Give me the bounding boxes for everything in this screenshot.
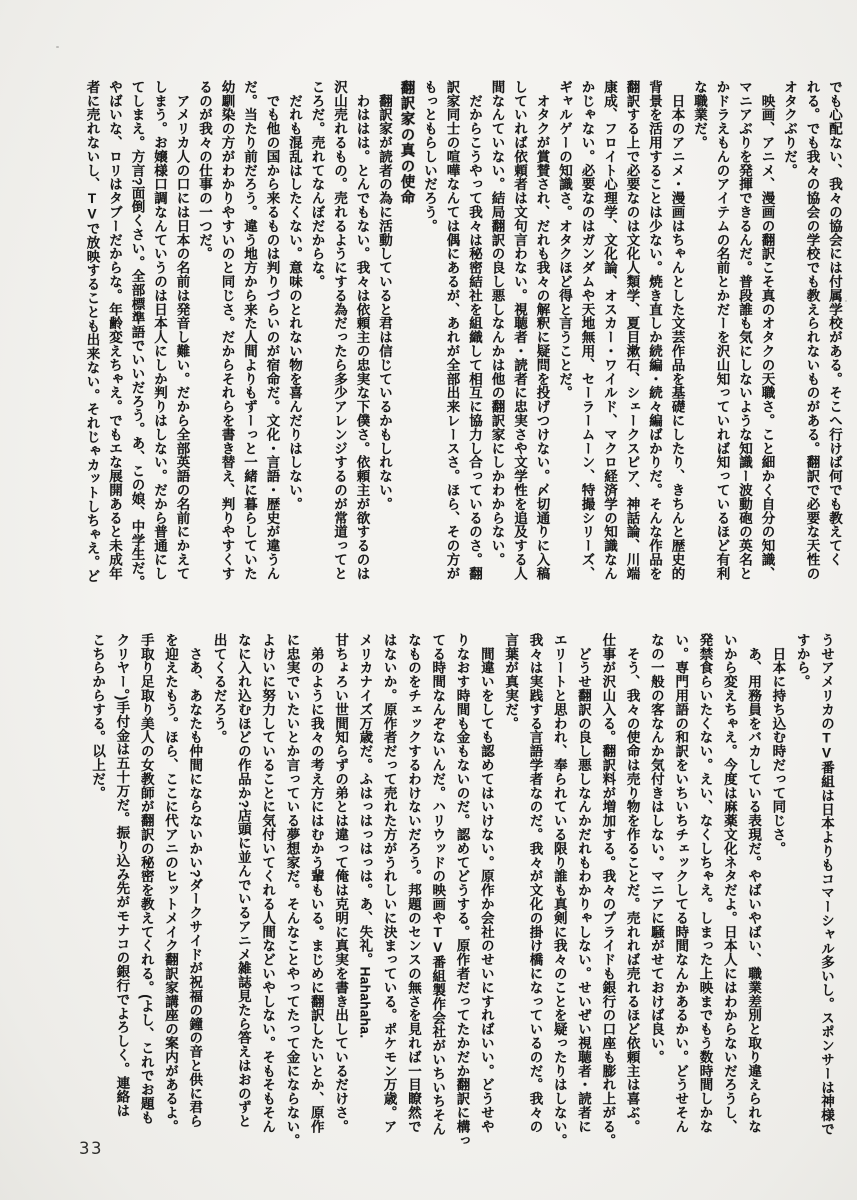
text-column: るのが我々の仕事の一つだ。 xyxy=(193,80,216,584)
text-column: 弟のように我々の考え方にはむかう輩もいる。まじめに翻訳したいとか、原作 xyxy=(303,633,327,1135)
text-column: 映画、アニメ、漫画の翻訳こそ真のオタクの天職さ。こと細かく自分の知識、 xyxy=(755,80,778,584)
section-heading: 翻訳家の真の使命 xyxy=(395,80,418,584)
tv-upright-text: TV xyxy=(430,925,445,955)
text-column: アメリカ人の口には日本の名前は発音し難い。だから全部英語の名前にかえて xyxy=(170,80,193,584)
text-column: そう、我々の使命は売り物を作ることだ。売れれば売れるほど依頼主は喜ぶ。 xyxy=(619,633,643,1135)
text-column: だれも混乱はしたくない。意味のとれない物を喜んだりはしない。 xyxy=(283,80,306,584)
text-column: オタクぶりだ。 xyxy=(778,80,801,584)
text-column: 翻訳家が読者の為に活動していると君は信じているかもしれない。 xyxy=(373,80,396,584)
text-column: てる時間なんぞないんだ。ハリウッドの映画やTV番組製作会社がいちいちそん xyxy=(425,633,449,1135)
text-column: どうせ翻訳の良し悪しなんかだれもわかりゃしない。せいぜい視聴者・読者に xyxy=(571,633,595,1135)
text-column: しまう。お嬢様口調なんていうのは日本人にしか判りはしない。だから普通にし xyxy=(148,80,171,584)
text-column: していれば依頼者は文句言わない。視聴者・読者に忠実さや文学性を追及する人 xyxy=(508,80,531,584)
text-column: 発禁食らいたくない。えい、なくしちゃえ。しまった上映までもう数時間しかな xyxy=(692,633,716,1135)
text-column: だ。当たり前だろう。違う地方から来た人間よりもずーっと一緒に暮らしていた xyxy=(238,80,261,584)
text-column: 康成、フロイト心理学、文化論、オスカー・ワイルド、マクロ経済学の知識なん xyxy=(598,80,621,584)
text-column: 甘ちょろい世間知らずの弟とは違って俺は克明に真実を書き出しているだけさ。 xyxy=(328,633,352,1135)
text-column: もっともらしいだろう。 xyxy=(418,80,441,584)
text-column: メリカナイズ万歳だ。ふはっはっはっは。あ、失礼。Hahahaha. xyxy=(352,633,376,1135)
text-column: なに入れ込むほどの作品か?店頭に並んでいるアニメ雑誌見たら答えはおのずと xyxy=(231,633,255,1135)
bottom-text-block: うせアメリカのTV番組は日本よりもコマーシャル多いし。スポンサーは神様ですから。… xyxy=(85,633,838,1135)
text-column: やばいな、ロリはタブーだからな。年齢変えちゃえ。でもエな展開あると未成年 xyxy=(103,80,126,584)
scan-speck xyxy=(56,46,59,48)
text-column: はないか。原作者だって売れた方がうれしいに決まっている。ポケモン万歳。ア xyxy=(376,633,400,1135)
text-column: でも他の国から来るものは判りづらいのが宿命だ。文化・言語・歴史が違うん xyxy=(260,80,283,584)
text-column: 間違いをしても認めてはいけない。原作か会社のせいにすればいい。どうせや xyxy=(474,633,498,1135)
text-column: あ、用務員をバカしている表現だ。やばいやばい、職業差別と取り違えられな xyxy=(741,633,765,1135)
text-column: てしまえ。方言?面倒くさい。全部標準語でいいだろう。あ、この娘、中学生だ。 xyxy=(125,80,148,584)
text-column: さあ、あなたも仲間にならないかい?ダークサイドが祝福の鐘の音と供に君ら xyxy=(182,633,206,1135)
text-column: れる。でも我々の協会の学校でも教えられないものがある。翻訳で必要な天性の xyxy=(800,80,823,584)
text-column: 手取り足取り美人の女教師が翻訳の秘密を教えてくれる。(よし、これでお題も xyxy=(133,633,157,1135)
text-column: だからこうやって我々は秘密結社を組織して相互に協力し合っているのさ。翻 xyxy=(463,80,486,584)
text-column: わははは。とんでもない。我々は依頼主の忠実な下僕さ。依頼主が欲するのは xyxy=(350,80,373,584)
text-column: なものをチェックするわけないだろう。邦題のセンスの無さを見れば一目瞭然で xyxy=(401,633,425,1135)
text-column: 沢山売れるもの。売れるようにする為だったら多少アレンジするのが常道ってと xyxy=(328,80,351,584)
text-column: うせアメリカのTV番組は日本よりもコマーシャル多いし。スポンサーは神様で xyxy=(814,633,838,1135)
text-column: オタクが賞賛され、だれも我々の解釈に疑問を投げつけない。〆切通りに入稿 xyxy=(530,80,553,584)
text-column: エリートと思われ、奉られている限り誰も真剣に我々のことを疑ったりはしない。 xyxy=(546,633,570,1135)
text-column: 翻訳する上で必要なのは文化人類学、夏目漱石、シェークスピア、神話論、川端 xyxy=(620,80,643,584)
scan-speck xyxy=(845,300,847,302)
text-column: 我々は実践する言語学者なのだ。我々が文化の掛け橋になっているのだ。我々の xyxy=(522,633,546,1135)
text-column: かじゃない。必要なのはガンダムや天地無用、セーラームーン、特撮シリーズ、 xyxy=(575,80,598,584)
text-column: 背景を活用することは少ない。焼き直しか続編・続々編ばかりだ。そんな作品を xyxy=(643,80,666,584)
text-column: な職業だ。 xyxy=(688,80,711,584)
text-column: 者に売れないし、TVで放映することも出来ない。それじゃカットしちゃえ。ど xyxy=(80,80,103,584)
text-column: マニアぶりを発揮できるんだ。普段誰も気にしないような知識ー波動砲の英名と xyxy=(733,80,756,584)
scanned-page: { "page": { "number": "33", "language": … xyxy=(0,0,857,1200)
text-column: 日本のアニメ・漫画はちゃんとした文芸作品を基礎にしたり、きちんと歴史的 xyxy=(665,80,688,584)
text-column: い。専門用語の和訳をいちいちチェックしてる時間なんかあるかい。どうせそん xyxy=(668,633,692,1135)
tv-upright-text: TV xyxy=(85,191,100,221)
text-column: 日本に持ち込む時だって同じさ。 xyxy=(765,633,789,1135)
text-column: りなおす時間も金もないのだ。認めてどうする。原作者だってたかだか翻訳に構っ xyxy=(449,633,473,1135)
tv-upright-text: TV xyxy=(819,730,834,760)
text-column: いから変えちゃえ。今度は麻薬文化ネタだよ。日本人にはわからないだろうし、 xyxy=(717,633,741,1135)
text-column: こちらからする。以上だ。 xyxy=(85,633,109,1135)
text-column: 幼馴染の方がわかりやすいのと同じさ。だからそれらを書き替え、判りやすくす xyxy=(215,80,238,584)
text-column: ころだ。売れてなんぼだからな。 xyxy=(305,80,328,584)
text-column: 仕事が沢山入る。翻訳料が増加する。我々のプライドも銀行の口座も膨れ上がる。 xyxy=(595,633,619,1135)
text-column: 訳家同士の喧嘩なんては偶にあるが、あれが全部出来レースさ。ほら、その方が xyxy=(440,80,463,584)
text-column: よけいに努力していることに気付いてくれる人間などいやしない。そもそもそん xyxy=(255,633,279,1135)
text-column: 言葉が真実だ。 xyxy=(498,633,522,1135)
text-column: すから。 xyxy=(789,633,813,1135)
text-column: なの一般の客なんか気付きはしない。マニアに騒がせておけば良い。 xyxy=(644,633,668,1135)
text-column: 出てくるだろう。 xyxy=(206,633,230,1135)
text-column: ギャルゲーの知識さ。オタクほど得と言うことだ。 xyxy=(553,80,576,584)
text-column: かドラえもんのアイテムの名前とかだーを沢山知っていれば知っているほど有利 xyxy=(710,80,733,584)
text-column: クリヤー。)手付金は五十万だ。振り込み先がモナコの銀行でよろしく。連絡は xyxy=(109,633,133,1135)
text-column: を迎えたもう。ほら、ここに代アニのヒットメイク翻訳家講座の案内があるよ。 xyxy=(158,633,182,1135)
text-column: でも心配ない、我々の協会には付属学校がある。そこへ行けば何でも教えてく xyxy=(823,80,846,584)
text-column: 間なんていない。結局翻訳の良し悪しなんかは他の翻訳家にしかわからない。 xyxy=(485,80,508,584)
text-column: に忠実でいたいとか言っている夢想家だ。そんなことやってたって金にならない。 xyxy=(279,633,303,1135)
page-number: 33 xyxy=(79,1139,103,1158)
top-text-block: でも心配ない、我々の協会には付属学校がある。そこへ行けば何でも教えてくれる。でも… xyxy=(80,80,845,584)
